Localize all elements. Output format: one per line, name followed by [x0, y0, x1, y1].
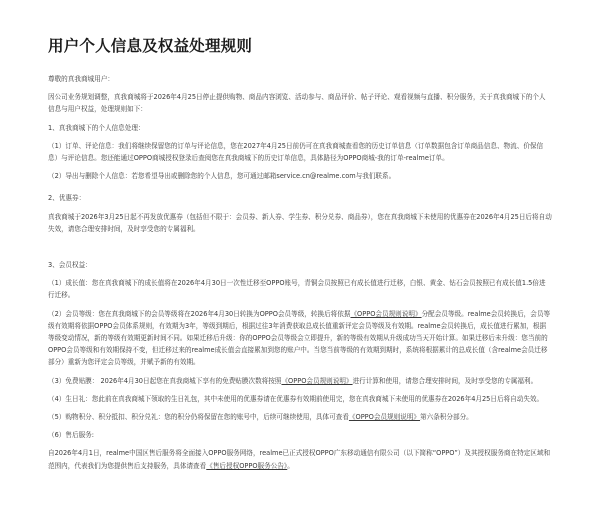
section-2-body: 真我商城于2026年3月25日起不再发放优惠券（包括但不限于：会员券、新人券、学…	[48, 211, 552, 235]
greeting: 尊敬的真我商城用户：	[48, 73, 552, 85]
section-3-item-after-sales-body: 自2026年4月1日，realme中国区售后服务将全面接入OPPO服务网络，re…	[48, 447, 552, 471]
section-1-item-export-delete: （2）导出与删除个人信息：若您希望导出或删除您的个人信息，您可通过邮箱servi…	[48, 170, 552, 182]
after-sales-text-after: 。	[287, 462, 294, 470]
section-3-item-growth-value: （1）成长值：您在真我商城下的成长值将在2026年4月30日一次性迁移至OPPO…	[48, 277, 552, 301]
points-text-before: （5）购物积分、积分抵扣、积分兑礼：您的积分仍将保留在您的账号中，后续可继续使用…	[48, 413, 349, 421]
section-3-item-member-level: （2）会员等级：您在真我商城下的会员等级将在2026年4月30日转换为OPPO会…	[48, 308, 552, 369]
member-level-text-after: 分配会员等级。realme会员转换后，会员等级有效期将依据OPPO会员体系规则，…	[48, 310, 550, 367]
after-sales-text-before: 自2026年4月1日，realme中国区售后服务将全面接入OPPO服务网络，re…	[48, 449, 550, 469]
points-text-after: 第六条积分部分。	[420, 413, 473, 421]
free-film-text-after: 进行计算和使用，请您合理安排时间，及时享受您的专属福利。	[353, 377, 538, 385]
section-3-item-after-sales-heading: （6）售后服务:	[48, 429, 552, 441]
section-3-item-free-film: （3）免费贴膜： 2026年4月30日起您在真我商城下享有的免费贴膜次数将按照《…	[48, 375, 552, 387]
document-page: 用户个人信息及权益处理规则 尊敬的真我商城用户： 因公司业务规划调整，真我商城将…	[0, 0, 600, 472]
section-1-item-orders: （1）订单、评论信息：我们将继续保留您的订单与评论信息，您在2027年4月25日…	[48, 140, 552, 164]
oppo-member-rules-link[interactable]: 《OPPO会员规则说明》	[350, 310, 421, 318]
section-1-heading: 1、真我商城下的个人信息处理：	[48, 122, 552, 134]
section-3-heading: 3、会员权益：	[48, 259, 552, 271]
intro-paragraph: 因公司业务规划调整，真我商城将于2026年4月25日停止提供购物、商品内容浏览、…	[48, 91, 552, 115]
after-sales-notice-link[interactable]: 《售后授权OPPO服务公告》	[206, 462, 287, 470]
section-3-item-points: （5）购物积分、积分抵扣、积分兑礼：您的积分仍将保留在您的账号中，后续可继续使用…	[48, 411, 552, 423]
section-2-heading: 2、优惠券：	[48, 192, 552, 204]
free-film-text-before: （3）免费贴膜： 2026年4月30日起您在真我商城下享有的免费贴膜次数将按照	[48, 377, 281, 385]
page-title: 用户个人信息及权益处理规则	[48, 0, 552, 56]
oppo-member-rules-link[interactable]: 《OPPO会员规则说明》	[349, 413, 420, 421]
oppo-member-rules-link[interactable]: 《OPPO会员规则说明》	[281, 377, 352, 385]
section-3-item-birthday-gift: （4）生日礼：您此前在真我商城下领取的生日礼包，其中未使用的优惠券请在优惠券有效…	[48, 393, 552, 405]
member-level-text-before: （2）会员等级：您在真我商城下的会员等级将在2026年4月30日转换为OPPO会…	[48, 310, 350, 318]
